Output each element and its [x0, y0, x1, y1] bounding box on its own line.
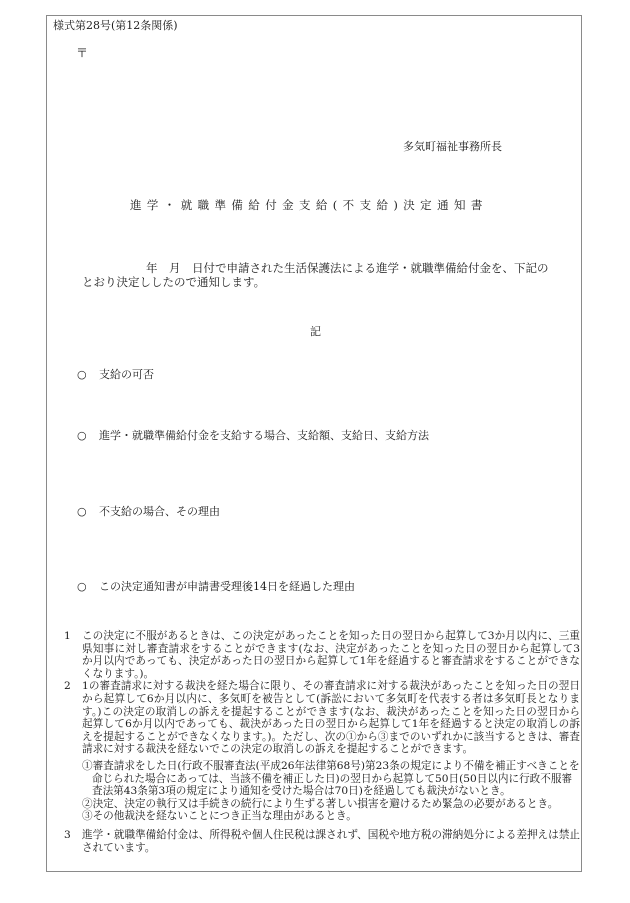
note-2: 2 1の審査請求に対する裁決を経た場合に限り、その審査請求に対する裁決があったこ…: [60, 680, 580, 756]
note-number: 2: [60, 680, 82, 756]
item-label: この決定通知書が申請書受理後14日を経過した理由: [99, 580, 355, 593]
document-title: 進学・就職準備給付金支給(不支給)決定通知書: [130, 197, 488, 213]
circle-bullet-icon: ○: [77, 368, 99, 381]
item-label: 支給の可否: [99, 368, 154, 381]
note-2-conditions: ①審査請求をした日(行政不服審査法(平成26年法律第68号)第23条の規定により…: [82, 760, 580, 823]
note-number: 1: [60, 630, 82, 680]
item-approval: ○支給の可否: [77, 366, 154, 382]
note-text: 進学・就職準備給付金は、所得税や個人住民税は課されず、国税や地方税の滞納処分によ…: [82, 829, 580, 854]
postal-mark: 〒: [76, 44, 88, 61]
form-number: 様式第28号(第12条関係): [53, 17, 178, 33]
item-nonpayment-reason: ○不支給の場合、その理由: [77, 503, 220, 519]
intro-line-1: 年 月 日付で申請された生活保護法による進学・就職準備給付金を、下記の: [82, 261, 572, 275]
condition-2: ②決定、決定の執行又は手続きの続行により生ずる著しい損害を避けるため緊急の必要が…: [82, 798, 580, 811]
intro-text: 年 月 日付で申請された生活保護法による進学・就職準備給付金を、下記の とおり決…: [82, 261, 572, 289]
condition-1: ①審査請求をした日(行政不服審査法(平成26年法律第68号)第23条の規定により…: [82, 760, 580, 798]
circle-bullet-icon: ○: [77, 429, 99, 442]
note-text: 1の審査請求に対する裁決を経た場合に限り、その審査請求に対する裁決があったことを…: [82, 680, 580, 756]
notes-section: 1 この決定に不服があるときは、この決定があったことを知った日の翌日から起算して…: [60, 630, 580, 854]
item-delay-reason: ○この決定通知書が申請書受理後14日を経過した理由: [77, 578, 355, 594]
circle-bullet-icon: ○: [77, 505, 99, 518]
intro-line-2: とおり決定ししたので通知します。: [82, 275, 265, 289]
item-label: 進学・就職準備給付金を支給する場合、支給額、支給日、支給方法: [99, 429, 429, 442]
note-3: 3 進学・就職準備給付金は、所得税や個人住民税は課されず、国税や地方税の滞納処分…: [60, 829, 580, 854]
item-payment-details: ○進学・就職準備給付金を支給する場合、支給額、支給日、支給方法: [77, 427, 429, 443]
note-text: この決定に不服があるときは、この決定があったことを知った日の翌日から起算して3か…: [82, 630, 580, 680]
note-number: 3: [60, 829, 82, 854]
ki-heading: 記: [310, 323, 321, 339]
note-1: 1 この決定に不服があるときは、この決定があったことを知った日の翌日から起算して…: [60, 630, 580, 680]
circle-bullet-icon: ○: [77, 580, 99, 593]
item-label: 不支給の場合、その理由: [99, 505, 220, 518]
condition-3: ③その他裁決を経ないことにつき正当な理由があるとき。: [82, 810, 580, 823]
issuer: 多気町福祉事務所長: [403, 138, 502, 154]
